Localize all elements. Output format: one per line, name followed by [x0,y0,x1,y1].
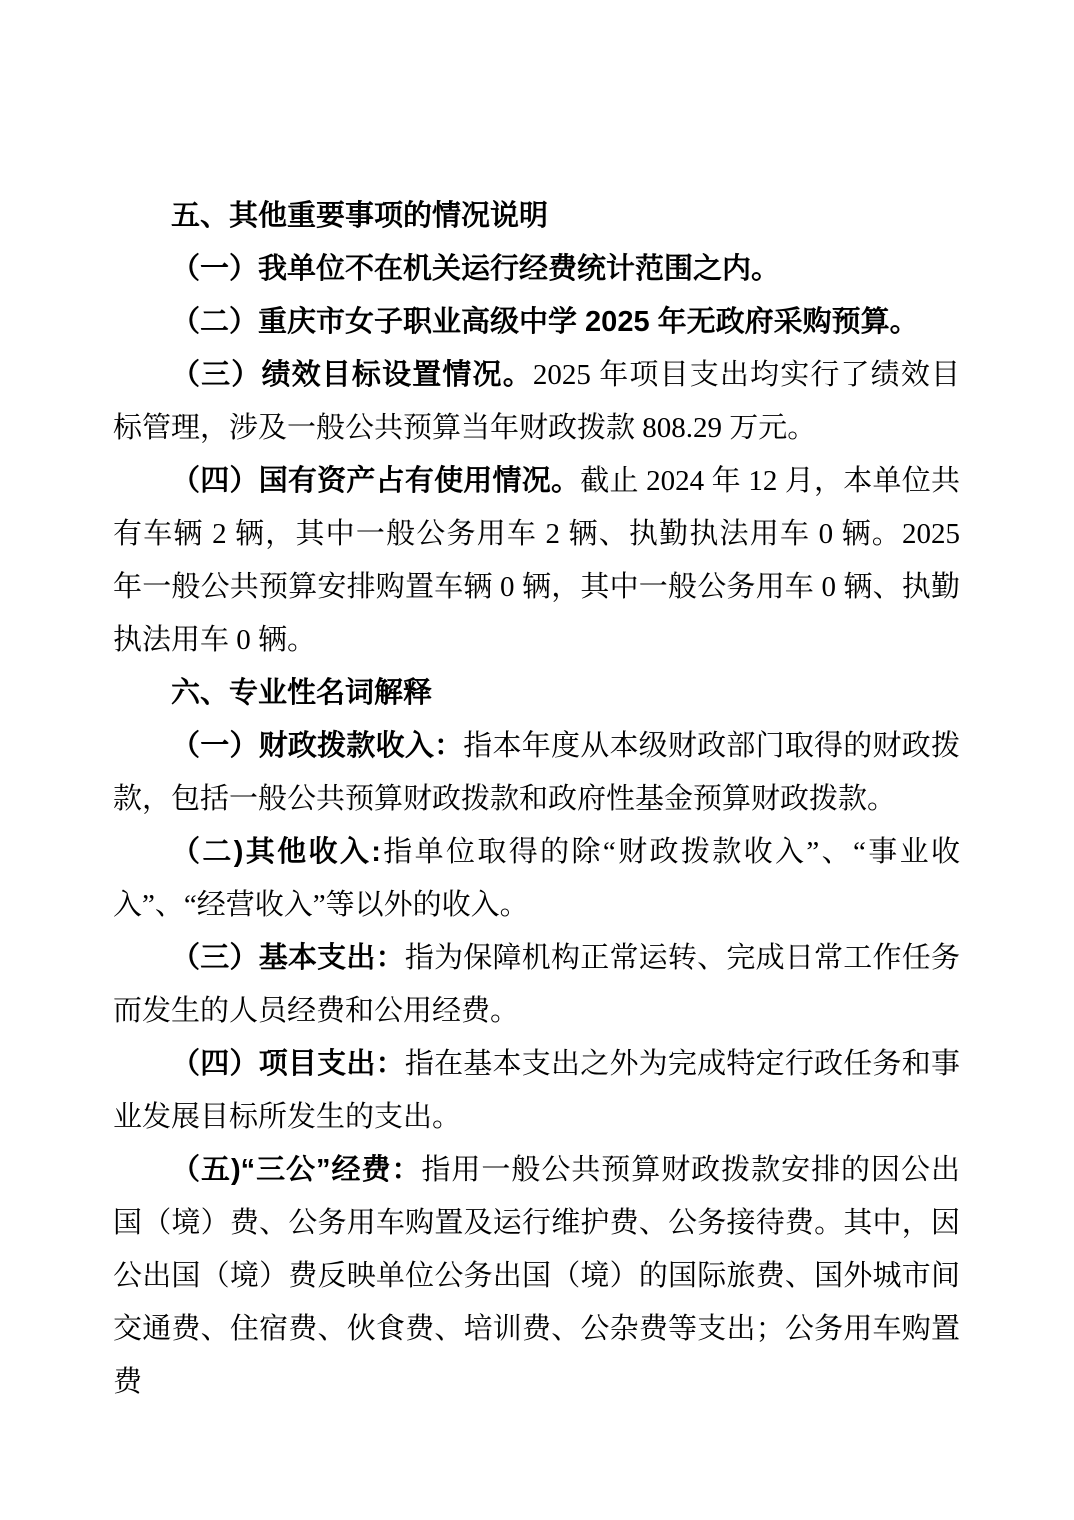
para-no-gov-procurement-statement: （二）重庆市女子职业高级中学 2025 年无政府采购预算。 [113,296,960,349]
para-state-assets: （四）国有资产占有使用情况。截止 2024 年 12 月，本单位共有车辆 2 辆… [113,455,960,667]
def-fiscal-appropriation-income-lead: （一）财政拨款收入： [171,730,463,762]
document-body: 五、其他重要事项的情况说明 （一）我单位不在机关运行经费统计范围之内。 （二）重… [113,190,960,1409]
para-performance-targets-lead: （三）绩效目标设置情况。 [171,359,533,391]
def-fiscal-appropriation-income: （一）财政拨款收入：指本年度从本级财政部门取得的财政拨款，包括一般公共预算财政拨… [113,720,960,826]
def-basic-expenditure: （三）基本支出：指为保障机构正常运转、完成日常工作任务而发生的人员经费和公用经费… [113,932,960,1038]
def-three-public-funds: （五)“三公”经费：指用一般公共预算财政拨款安排的因公出国（境）费、公务用车购置… [113,1144,960,1409]
para-no-operating-funds-statement: （一）我单位不在机关运行经费统计范围之内。 [113,243,960,296]
para-state-assets-lead: （四）国有资产占有使用情况。 [171,465,580,497]
document-page: { "page": { "background_color": "#ffffff… [0,0,1074,1520]
def-three-public-funds-lead: （五)“三公”经费： [171,1154,421,1186]
def-project-expenditure-lead: （四）项目支出： [171,1048,405,1080]
heading-section-6: 六、专业性名词解释 [113,667,960,720]
def-other-income-lead: （二)其他收入: [171,836,381,868]
def-basic-expenditure-lead: （三）基本支出： [171,942,405,974]
para-performance-targets: （三）绩效目标设置情况。2025 年项目支出均实行了绩效目标管理，涉及一般公共预… [113,349,960,455]
def-three-public-funds-body: 指用一般公共预算财政拨款安排的因公出国（境）费、公务用车购置及运行维护费、公务接… [113,1154,960,1398]
def-project-expenditure: （四）项目支出：指在基本支出之外为完成特定行政任务和事业发展目标所发生的支出。 [113,1038,960,1144]
def-other-income: （二)其他收入:指单位取得的除“财政拨款收入”、“事业收入”、“经营收入”等以外… [113,826,960,932]
heading-section-5: 五、其他重要事项的情况说明 [113,190,960,243]
